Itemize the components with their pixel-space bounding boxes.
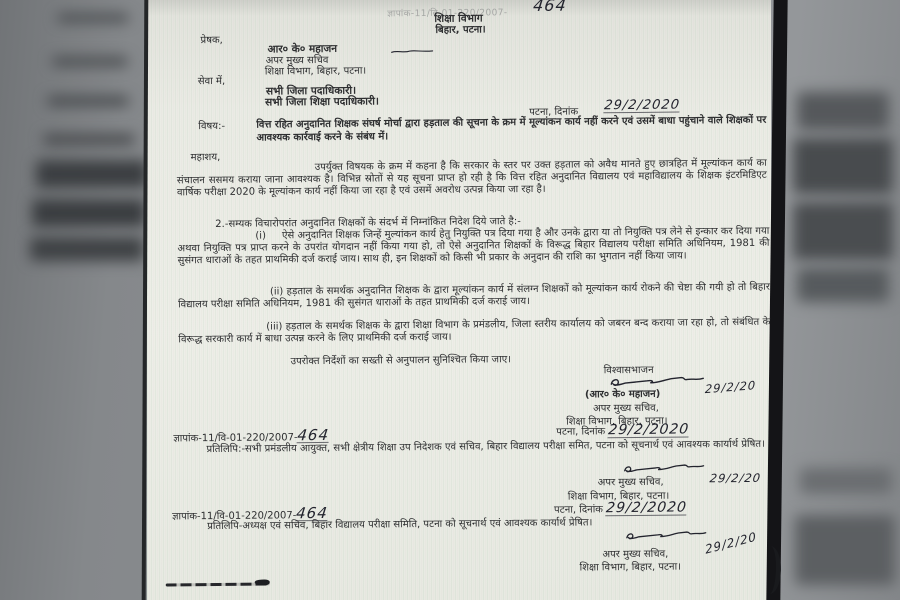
handwritten-date: 29/2/20 <box>709 472 762 485</box>
directive-point-ii: (ii) हड़ताल के समर्थक अनुदानित शिक्षक के… <box>178 282 770 311</box>
subject-text: वित्त रहित अनुदानित शिक्षक संघर्ष मोर्चा… <box>256 115 766 145</box>
place-date-label: पटना, दिनांक <box>554 504 603 515</box>
scanned-letter-photo: ज्ञापांक-11/वि-01-220/2007- 464 शिक्षा व… <box>0 0 900 600</box>
signatory-name: (आर० के० महाजन) <box>585 389 660 402</box>
signature-scribble-icon <box>620 529 712 542</box>
sender-name: आर० के० महाजन <box>268 43 338 56</box>
handwritten-date: 29/2/20 <box>705 379 757 395</box>
place-date-label: पटना, दिनांक <box>556 426 605 437</box>
handwritten-dispatch-number: 464 <box>297 429 330 443</box>
signature-scribble-icon <box>617 462 712 475</box>
pen-dash-icon <box>390 47 436 55</box>
directive-point-i: (i) ऐसे अनुदानित शिक्षक जिन्हें मुल्यांक… <box>177 226 769 267</box>
ink-blot <box>255 579 270 585</box>
handwritten-date: 29/2/2020 <box>603 99 680 114</box>
handwritten-date: 29/2/2020 <box>605 501 687 516</box>
signature-scribble-icon <box>605 374 710 389</box>
recipient-line: सभी जिला शिक्षा पदाधिकारी। <box>265 95 379 108</box>
handwritten-dispatch-number: 464 <box>533 0 568 12</box>
subject-label: विषय:- <box>198 121 225 133</box>
memo-place-date: पटना, दिनांक 29/2/2020 <box>554 501 687 516</box>
handwritten-date: 29/2/2020 <box>608 423 690 438</box>
closing-line: उपरोक्त निर्देशों का सख्ती से अनुपालन सु… <box>291 354 512 368</box>
sender-dept: शिक्षा विभाग, बिहार, पटना। <box>265 66 367 79</box>
signatory-title: अपर मुख्य सचिव, <box>593 403 659 416</box>
department-location: बिहार, पटना। <box>435 24 485 36</box>
signatory-title: अपर मुख्य सचिव, <box>598 477 664 490</box>
signatory-title: अपर मुख्य सचिव, <box>602 549 668 562</box>
from-label: प्रेषक, <box>200 35 222 47</box>
letter-content: ज्ञापांक-11/वि-01-220/2007- 464 शिक्षा व… <box>0 0 900 600</box>
signatory-dept: शिक्षा विभाग, बिहार, पटना। <box>580 562 682 575</box>
body-paragraph-1: उपर्युक्त विषयक के क्रम में कहना है कि स… <box>177 158 767 199</box>
department-name: शिक्षा विभाग <box>434 12 482 24</box>
to-label: सेवा में, <box>198 76 225 88</box>
handwritten-date: 29/2/20 <box>704 530 757 555</box>
memo-place-date: पटना, दिनांक 29/2/2020 <box>556 423 689 438</box>
directive-point-iii: (iii) हड़ताल के समर्थक शिक्षक के द्वारा … <box>178 317 770 346</box>
